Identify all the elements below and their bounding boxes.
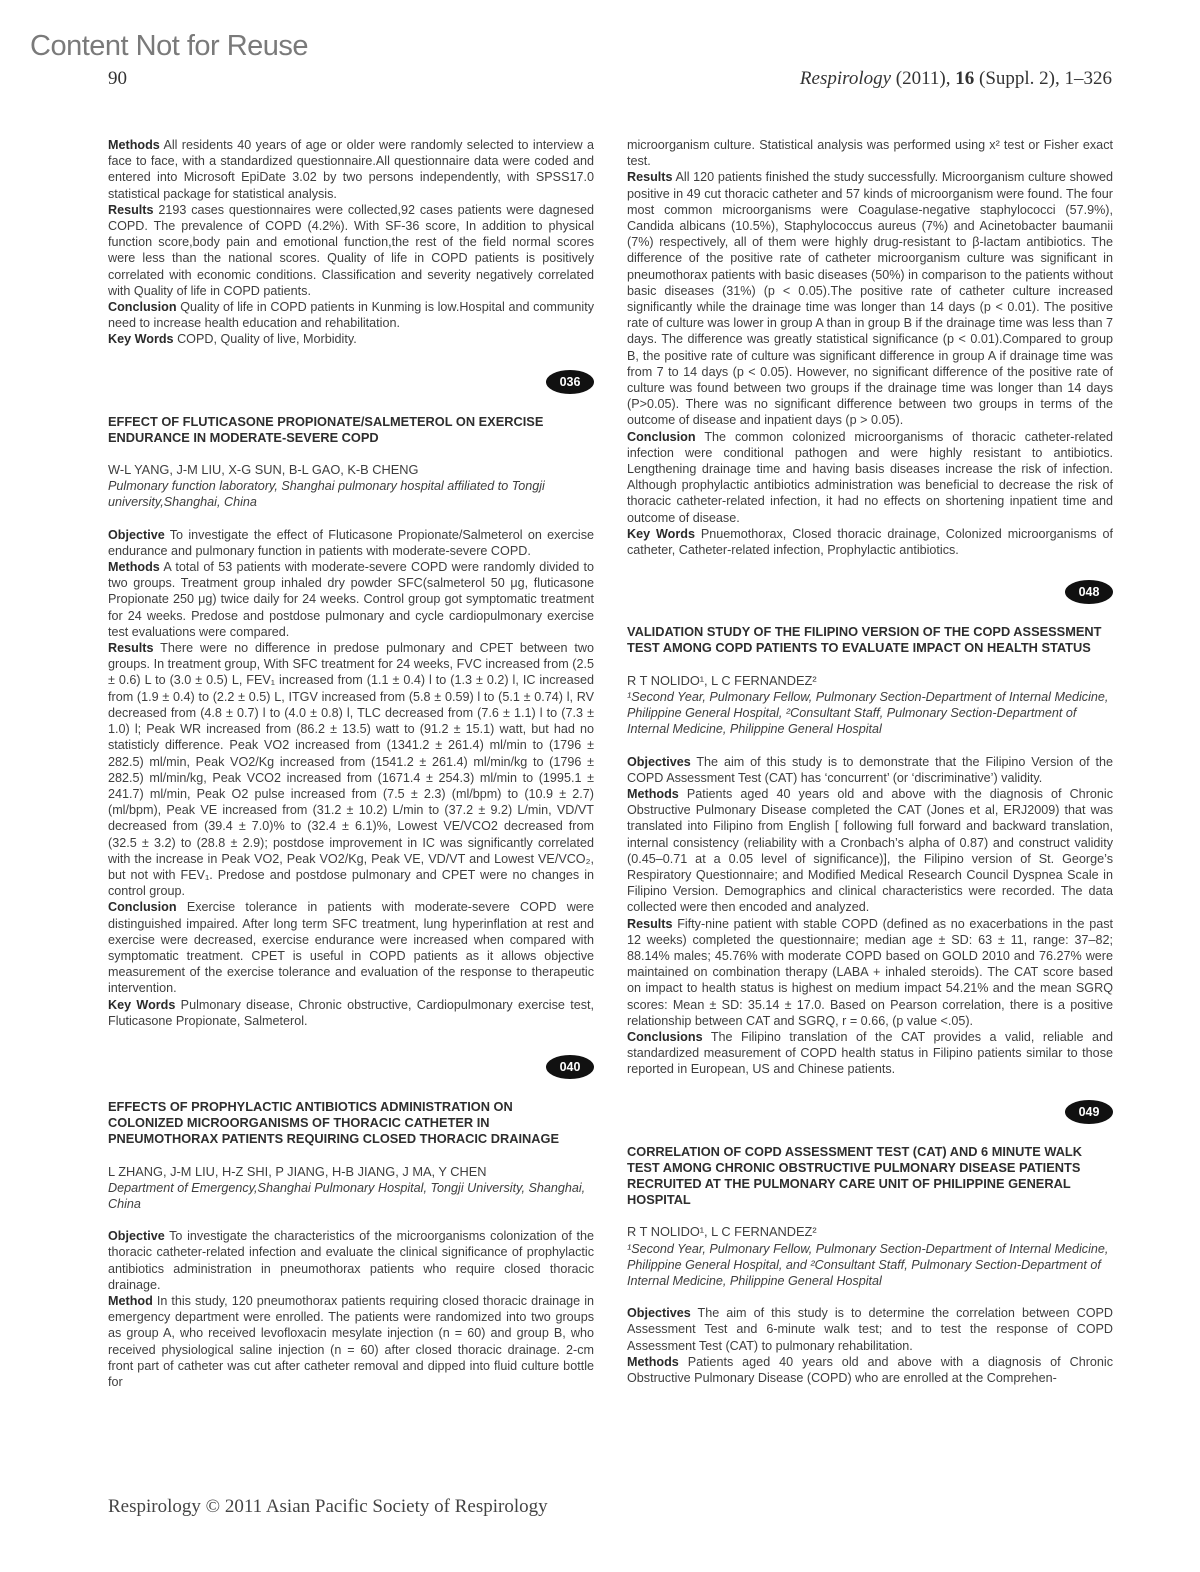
results-paragraph: Results There were no difference in pred… <box>108 640 594 899</box>
section-label: Methods <box>108 560 160 574</box>
journal-name: Respirology <box>800 68 891 89</box>
section-text: Pnuemothorax, Closed thoracic drainage, … <box>627 527 1113 557</box>
section-label: Results <box>627 170 673 184</box>
conclusion-paragraph: Conclusion Exercise tolerance in patient… <box>108 899 594 996</box>
journal-citation: Respirology (2011), 16 (Suppl. 2), 1–326 <box>800 68 1112 90</box>
abstract-049: 049 CORRELATION OF COPD ASSESSMENT TEST … <box>627 1100 1113 1387</box>
page-number: 90 <box>108 68 127 90</box>
section-text: The aim of this study is to demonstrate … <box>627 755 1113 785</box>
section-text: The aim of this study is to determine th… <box>627 1306 1113 1352</box>
abstract-036: 036 EFFECT OF FLUTICASONE PROPIONATE/SAL… <box>108 370 594 1029</box>
abstract-affiliation: Department of Emergency,Shanghai Pulmona… <box>108 1180 594 1212</box>
section-label: Methods <box>627 1355 679 1369</box>
section-label: Key Words <box>108 332 174 346</box>
method-paragraph: Method In this study, 120 pneumothorax p… <box>108 1293 594 1390</box>
objective-paragraph: Objective To investigate the characteris… <box>108 1228 594 1293</box>
section-text: To investigate the effect of Fluticasone… <box>108 528 594 558</box>
section-text: The common colonized microorganisms of t… <box>627 430 1113 525</box>
section-label: Key Words <box>108 998 175 1012</box>
journal-year: (2011), <box>896 68 951 89</box>
section-label: Conclusion <box>108 900 177 914</box>
methods-paragraph: Methods Patients aged 40 years old and a… <box>627 1354 1113 1386</box>
section-text: COPD, Quality of live, Morbidity. <box>177 332 357 346</box>
section-label: Results <box>108 641 154 655</box>
section-label: Conclusions <box>627 1030 703 1044</box>
section-text: Patients aged 40 years old and above wit… <box>627 787 1113 914</box>
section-text: All 120 patients finished the study succ… <box>627 170 1113 427</box>
section-label: Objective <box>108 1229 165 1243</box>
section-label: Results <box>108 203 154 217</box>
conclusions-paragraph: Conclusions The Filipino translation of … <box>627 1029 1113 1078</box>
abstract-048: 048 VALIDATION STUDY OF THE FILIPINO VER… <box>627 580 1113 1077</box>
section-label: Objectives <box>627 755 691 769</box>
abstract-title: EFFECTS OF PROPHYLACTIC ANTIBIOTICS ADMI… <box>108 1099 594 1148</box>
section-label: Conclusion <box>627 430 696 444</box>
methods-paragraph: Methods Patients aged 40 years old and a… <box>627 786 1113 916</box>
abstract-authors: R T NOLIDO¹, L C FERNANDEZ² <box>627 673 1113 689</box>
section-text: All residents 40 years of age or older w… <box>108 138 594 201</box>
section-text: There were no difference in predose pulm… <box>108 641 594 898</box>
page-footer: Respirology © 2011 Asian Pacific Society… <box>108 1496 548 1518</box>
objectives-paragraph: Objectives The aim of this study is to d… <box>627 754 1113 786</box>
abstract-title: VALIDATION STUDY OF THE FILIPINO VERSION… <box>627 624 1113 656</box>
section-text: Pulmonary disease, Chronic obstructive, … <box>108 998 594 1028</box>
section-label: Conclusion <box>108 300 177 314</box>
abstract-number-badge: 040 <box>546 1055 594 1079</box>
abstract-title: CORRELATION OF COPD ASSESSMENT TEST (CAT… <box>627 1144 1113 1209</box>
abstract-affiliation: Pulmonary function laboratory, Shanghai … <box>108 478 594 510</box>
section-label: Method <box>108 1294 153 1308</box>
methods-paragraph: Methods A total of 53 patients with mode… <box>108 559 594 640</box>
abstract-number-badge: 048 <box>1065 580 1113 604</box>
objectives-paragraph: Objectives The aim of this study is to d… <box>627 1305 1113 1354</box>
section-text: A total of 53 patients with moderate-sev… <box>108 560 594 639</box>
objective-paragraph: Objective To investigate the effect of F… <box>108 527 594 559</box>
abstract-continued: Methods All residents 40 years of age or… <box>108 137 594 348</box>
section-text: To investigate the characteristics of th… <box>108 1229 594 1292</box>
abstract-040-continued: microorganism culture. Statistical analy… <box>627 137 1113 558</box>
right-column: microorganism culture. Statistical analy… <box>627 137 1113 1386</box>
section-label: Results <box>627 917 673 931</box>
conclusion-paragraph: Conclusion Quality of life in COPD patie… <box>108 299 594 331</box>
section-label: Objective <box>108 528 165 542</box>
section-text: Patients aged 40 years old and above wit… <box>627 1355 1113 1385</box>
section-text: Fifty-nine patient with stable COPD (def… <box>627 917 1113 1028</box>
section-label: Methods <box>627 787 679 801</box>
left-column: Methods All residents 40 years of age or… <box>108 137 594 1390</box>
results-paragraph: Results Fifty-nine patient with stable C… <box>627 916 1113 1029</box>
abstract-affiliation: ¹Second Year, Pulmonary Fellow, Pulmonar… <box>627 689 1113 738</box>
results-paragraph: Results 2193 cases questionnaires were c… <box>108 202 594 299</box>
keywords-paragraph: Key Words Pnuemothorax, Closed thoracic … <box>627 526 1113 558</box>
conclusion-paragraph: Conclusion The common colonized microorg… <box>627 429 1113 526</box>
section-text: Quality of life in COPD patients in Kunm… <box>108 300 594 330</box>
results-paragraph: Results All 120 patients finished the st… <box>627 169 1113 428</box>
journal-supplement: (Suppl. 2), 1–326 <box>979 68 1112 89</box>
section-text: 2193 cases questionnaires were collected… <box>108 203 594 298</box>
section-label: Objectives <box>627 1306 691 1320</box>
abstract-authors: R T NOLIDO¹, L C FERNANDEZ² <box>627 1224 1113 1240</box>
abstract-040: 040 EFFECTS OF PROPHYLACTIC ANTIBIOTICS … <box>108 1055 594 1390</box>
abstract-number-badge: 036 <box>546 370 594 394</box>
method-continued-paragraph: microorganism culture. Statistical analy… <box>627 137 1113 169</box>
keywords-paragraph: Key Words Pulmonary disease, Chronic obs… <box>108 997 594 1029</box>
section-label: Key Words <box>627 527 695 541</box>
abstract-title: EFFECT OF FLUTICASONE PROPIONATE/SALMETE… <box>108 414 594 446</box>
keywords-paragraph: Key Words COPD, Quality of live, Morbidi… <box>108 331 594 347</box>
section-text: In this study, 120 pneumothorax patients… <box>108 1294 594 1389</box>
section-label: Methods <box>108 138 160 152</box>
abstract-number-badge: 049 <box>1065 1100 1113 1124</box>
watermark-text: Content Not for Reuse <box>30 30 308 63</box>
abstract-authors: L ZHANG, J-M LIU, H-Z SHI, P JIANG, H-B … <box>108 1164 594 1180</box>
journal-volume: 16 <box>955 68 974 89</box>
section-text: Exercise tolerance in patients with mode… <box>108 900 594 995</box>
abstract-affiliation: ¹Second Year, Pulmonary Fellow, Pulmonar… <box>627 1241 1113 1290</box>
methods-paragraph: Methods All residents 40 years of age or… <box>108 137 594 202</box>
abstract-authors: W-L YANG, J-M LIU, X-G SUN, B-L GAO, K-B… <box>108 462 594 478</box>
